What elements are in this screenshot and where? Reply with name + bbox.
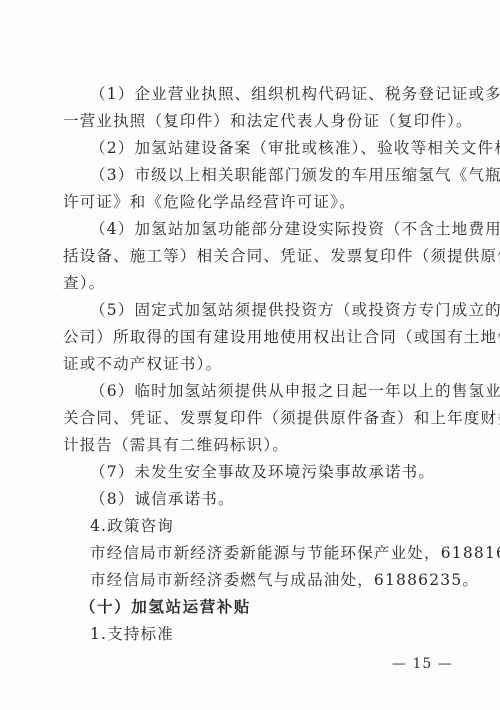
- page-number: — 15 —: [392, 656, 453, 672]
- paragraph-line: 查）。: [63, 273, 105, 293]
- paragraph-line: （6）临时加氢站须提供从申报之日起一年以上的售氢业务相: [90, 381, 500, 401]
- paragraph-line: 一营业执照（复印件）和法定代表人身份证（复印件）。: [63, 111, 473, 131]
- section-subheading: 1.支持标准: [90, 624, 174, 644]
- paragraph-line: （5）固定式加氢站须提供投资方（或投资方专门成立的经营: [90, 300, 500, 320]
- paragraph-line: 公司）所取得的国有建设用地使用权出让合同（或国有土地使用: [63, 327, 500, 347]
- paragraph-line: （4）加氢站加氢功能部分建设实际投资（不含土地费用，包: [90, 219, 500, 239]
- section-subheading: 4.政策咨询: [90, 516, 174, 536]
- paragraph-line: 证或不动产权证书）。: [63, 354, 222, 374]
- contact-line: 市经信局市新经济委燃气与成品油处，61886235。: [90, 570, 479, 590]
- paragraph-line: 括设备、施工等）相关合同、凭证、发票复印件（须提供原件备: [63, 246, 500, 266]
- paragraph-line: （3）市级以上相关职能部门颁发的车用压缩氢气《气瓶充装: [90, 165, 500, 185]
- paragraph-line: 许可证》和《危险化学品经营许可证》。: [63, 192, 356, 212]
- paragraph-line: （2）加氢站建设备案（审批或核准）、验收等相关文件材料。: [90, 138, 500, 158]
- contact-line: 市经信局市新经济委新能源与节能环保产业处，61881645；: [90, 543, 500, 563]
- section-heading: （十）加氢站运营补贴: [80, 597, 251, 617]
- paragraph-line: （1）企业营业执照、组织机构代码证、税务登记证或多证合: [90, 84, 500, 104]
- document-page: （1）企业营业执照、组织机构代码证、税务登记证或多证合 一营业执照（复印件）和法…: [0, 0, 500, 710]
- paragraph-line: （8）诚信承诺书。: [90, 489, 235, 509]
- paragraph-line: （7）未发生安全事故及环境污染事故承诺书。: [90, 462, 435, 482]
- paragraph-line: 关合同、凭证、发票复印件（须提供原件备查）和上年度财务审: [63, 408, 500, 428]
- paragraph-line: 计报告（需具有二维码标识）。: [63, 435, 289, 455]
